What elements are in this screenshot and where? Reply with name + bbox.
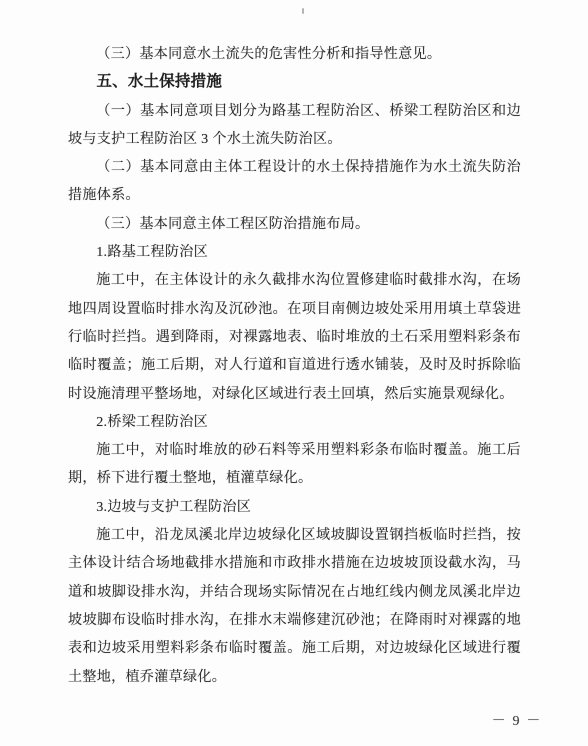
paragraph-slope-measures: 施工中，沿龙凤溪北岸边坡绿化区域坡脚设置钢挡板临时拦挡，按主体设计结合场地截排水… — [68, 521, 521, 691]
paragraph-layout-agreement: （三）基本同意主体工程区防治措施布局。 — [68, 210, 521, 238]
subheading-bridge-zone: 2.桥梁工程防治区 — [68, 408, 521, 436]
scan-artifact-speck — [302, 8, 304, 14]
paragraph-opinion-3: （三）基本同意水土流失的危害性分析和指导性意见。 — [68, 40, 521, 68]
subheading-roadbed-zone: 1.路基工程防治区 — [68, 238, 521, 266]
subheading-slope-zone: 3.边坡与支护工程防治区 — [68, 493, 521, 521]
page-number: － 9 － — [492, 708, 542, 736]
paragraph-bridge-measures: 施工中，对临时堆放的砂石料等采用塑料彩条布临时覆盖。施工后期，桥下进行覆土整地，… — [68, 436, 521, 493]
paragraph-zoning: （一）基本同意项目划分为路基工程防治区、桥梁工程防治区和边坡与支护工程防治区 3… — [68, 97, 521, 154]
paragraph-measure-system: （二）基本同意由主体工程设计的水土保持措施作为水土流失防治措施体系。 — [68, 153, 521, 210]
document-page: （三）基本同意水土流失的危害性分析和指导性意见。 五、水土保持措施 （一）基本同… — [0, 0, 588, 746]
paragraph-roadbed-measures: 施工中，在主体设计的永久截排水沟位置修建临时截排水沟，在场地四周设置临时排水沟及… — [68, 266, 521, 407]
section-heading-soil-conservation: 五、水土保持措施 — [68, 68, 521, 96]
document-body: （三）基本同意水土流失的危害性分析和指导性意见。 五、水土保持措施 （一）基本同… — [68, 40, 521, 691]
